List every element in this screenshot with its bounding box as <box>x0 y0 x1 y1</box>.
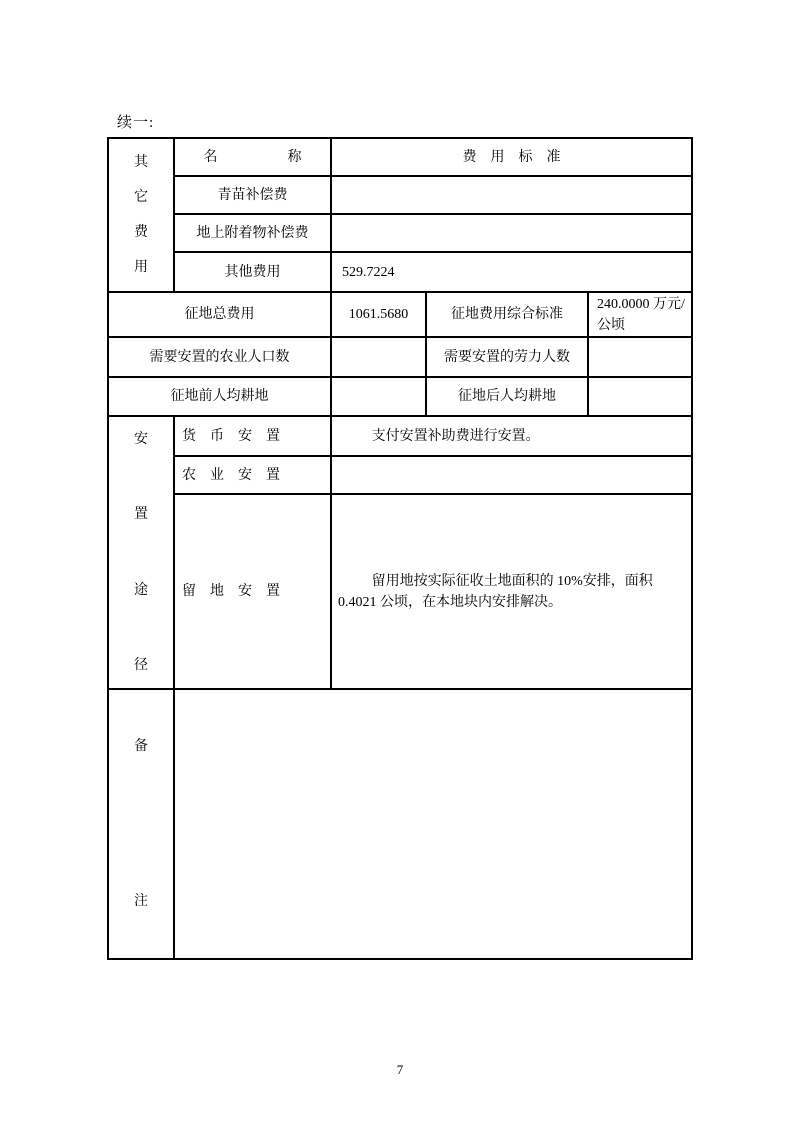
agri-population-label: 需要安置的农业人口数 <box>109 338 332 378</box>
remarks-value <box>175 690 691 958</box>
fee-value-other: 529.7224 <box>332 253 691 293</box>
fee-value-young-crops <box>332 177 691 215</box>
composite-standard-value: 240.0000 万元/公顷 <box>589 293 691 338</box>
section-char: 注 <box>134 891 148 912</box>
agriculture-resettlement-value <box>332 457 691 495</box>
fee-name-young-crops: 青苗补偿费 <box>175 177 332 215</box>
section-label-remarks: 备 注 <box>109 690 175 958</box>
section-char: 径 <box>134 655 148 676</box>
reserved-land-resettlement-label: 留 地 安 置 <box>175 495 332 690</box>
composite-standard-text: 240.0000 万元/公顷 <box>589 294 691 336</box>
page-number: 7 <box>0 1062 800 1078</box>
continuation-label: 续一: <box>117 111 154 132</box>
total-fee-label: 征地总费用 <box>109 293 332 338</box>
per-capita-before-value <box>332 378 427 417</box>
per-capita-after-value <box>589 378 691 417</box>
section-char: 费 <box>134 222 148 243</box>
per-capita-before-label: 征地前人均耕地 <box>109 378 332 417</box>
agriculture-resettlement-label: 农 业 安 置 <box>175 457 332 495</box>
section-char: 它 <box>134 187 148 208</box>
agri-population-value <box>332 338 427 378</box>
fee-name-attachments: 地上附着物补偿费 <box>175 215 332 253</box>
labor-value <box>589 338 691 378</box>
header-fee-standard: 费 用 标 准 <box>332 139 691 177</box>
per-capita-after-label: 征地后人均耕地 <box>427 378 589 417</box>
section-label-other-fees: 其 它 费 用 <box>109 139 175 293</box>
land-requisition-table: 其 它 费 用 名 称 费 用 标 准 青苗补偿费 地上附着物补偿费 其他费用 … <box>107 137 693 960</box>
header-name: 名 称 <box>175 139 332 177</box>
section-char: 其 <box>134 152 148 173</box>
total-fee-value: 1061.5680 <box>332 293 427 338</box>
composite-standard-label: 征地费用综合标准 <box>427 293 589 338</box>
section-char: 用 <box>134 257 148 278</box>
reserved-land-resettlement-value: 留用地按实际征收土地面积的 10%安排，面积 0.4021 公顷，在本地块内安排… <box>332 495 691 690</box>
section-label-resettlement: 安 置 途 径 <box>109 417 175 690</box>
monetary-resettlement-text: 支付安置补助费进行安置。 <box>332 426 691 447</box>
section-char: 途 <box>134 580 148 601</box>
reserved-land-resettlement-text: 留用地按实际征收土地面积的 10%安排，面积 0.4021 公顷，在本地块内安排… <box>332 571 691 613</box>
section-char: 备 <box>134 736 148 757</box>
monetary-resettlement-value: 支付安置补助费进行安置。 <box>332 417 691 457</box>
section-char: 安 <box>134 429 148 450</box>
fee-name-other: 其他费用 <box>175 253 332 293</box>
monetary-resettlement-label: 货 币 安 置 <box>175 417 332 457</box>
section-char: 置 <box>134 504 148 525</box>
labor-label: 需要安置的劳力人数 <box>427 338 589 378</box>
fee-value-attachments <box>332 215 691 253</box>
